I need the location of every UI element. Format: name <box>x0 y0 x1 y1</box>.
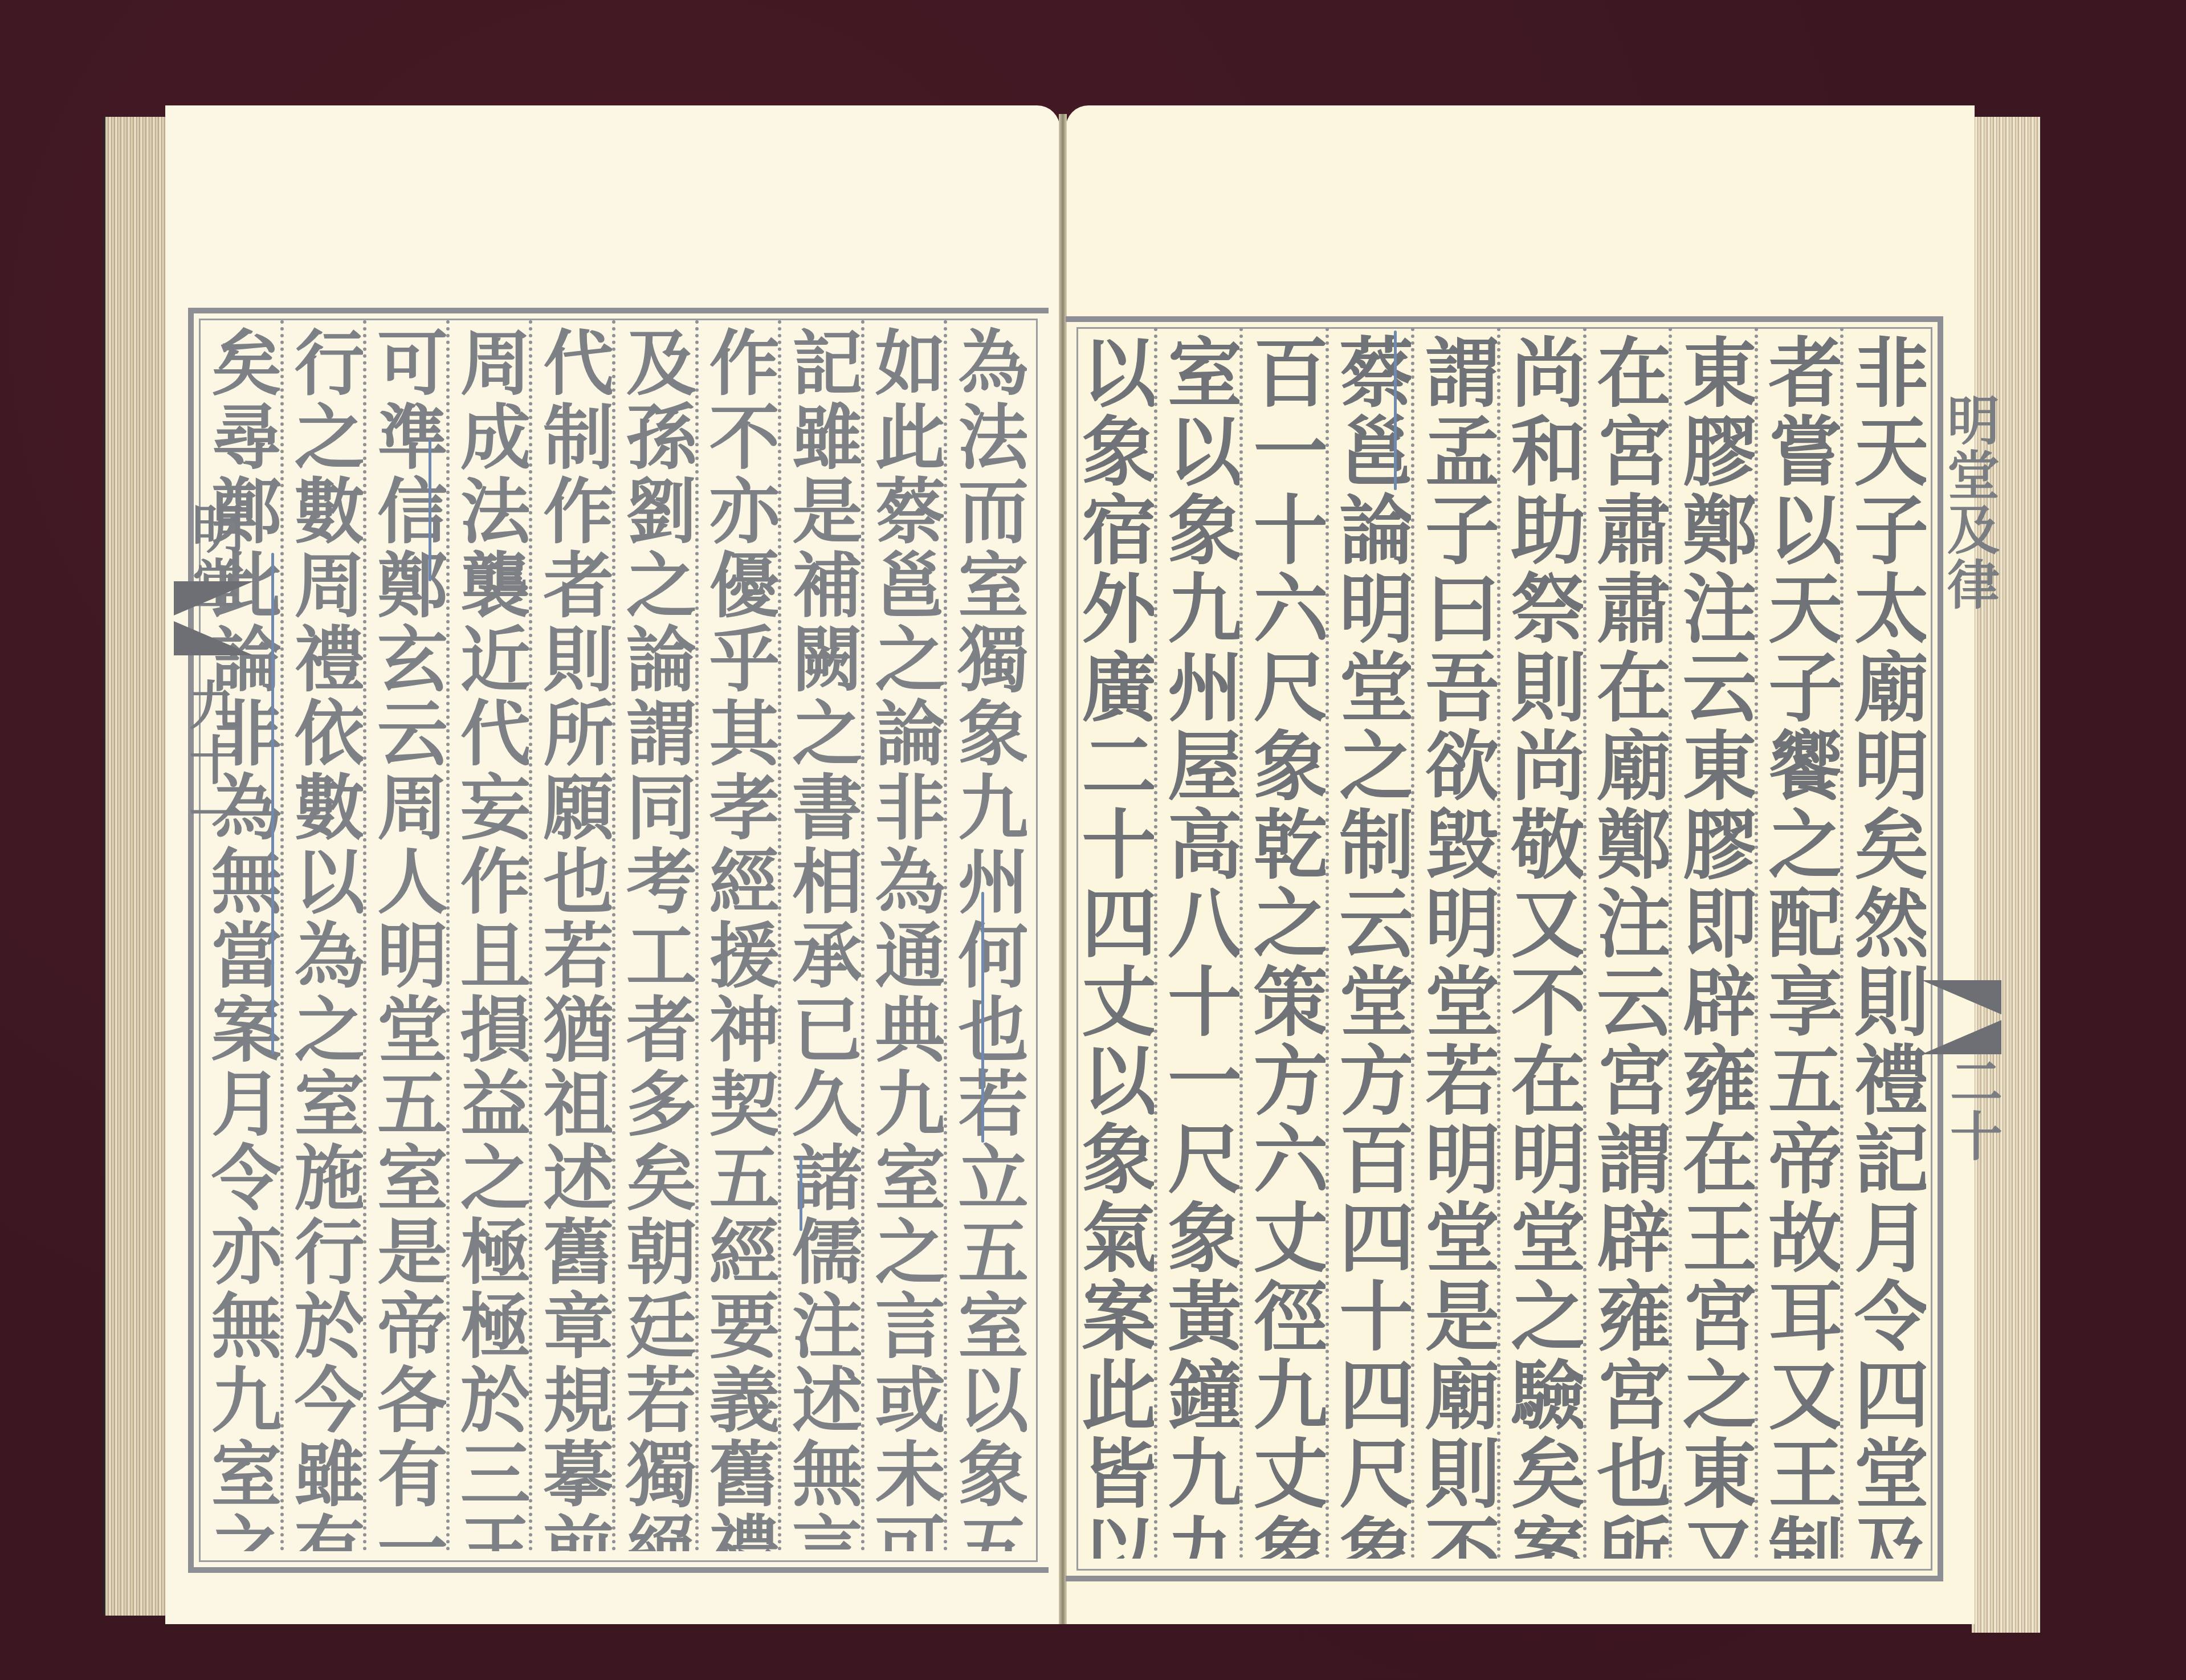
annotation-line <box>1394 331 1397 490</box>
column-text: 謂孟子曰吾欲毀明堂若明堂是廟則不應有毀之問其 <box>1418 328 1494 1559</box>
column-text: 記雖是補闕之書相承已久諸儒注述無言非者方之後 <box>786 320 857 1551</box>
right-page-number: 二十 <box>1935 1054 2010 1164</box>
column-text: 者嘗以天子饗之配享五帝故耳又王制云周人養國老於 <box>1761 328 1837 1559</box>
column-text: 非天子太廟明矣然則禮記月令四堂及太室皆謂之廟 <box>1848 328 1923 1559</box>
text-column: 者嘗以天子饗之配享五帝故耳又王制云周人養國老於 <box>1755 328 1841 1559</box>
annotation-line <box>981 892 984 1143</box>
text-column: 百一十六尺象乾之策方六丈徑九丈象陰陽九六之數九 <box>1239 328 1326 1559</box>
text-column: 代制作者則所願也若猶祖述舊章規摹前事不應捨殷 <box>529 320 612 1551</box>
right-page-stack-edge <box>1972 117 2040 1633</box>
text-column: 及孫劉之論謂同考工者多矣朝廷若獨絕今古自為一 <box>612 320 695 1551</box>
fishtail-marker-icon <box>174 581 254 655</box>
right-page-text-columns: 非天子太廟明矣然則禮記月令四堂及太室皆謂之廟 者嘗以天子饗之配享五帝故耳又王制云… <box>1071 328 1926 1559</box>
column-text: 以象宿外廣二十四丈以象氣案此皆以天地陰陽氣數 <box>1075 328 1150 1559</box>
text-column: 行之數周禮依數以為之室施行於今雖有不同時說然 <box>280 320 364 1551</box>
right-banxin-title: 明堂及律 <box>1932 393 2007 612</box>
text-column: 周成法襲近代妄作且損益之極極於三王後來疑議難 <box>446 320 529 1551</box>
text-column: 謂孟子曰吾欲毀明堂若明堂是廟則不應有毀之問其 <box>1411 328 1497 1559</box>
column-text: 行之數周禮依數以為之室施行於今雖有不同時說然 <box>288 320 358 1551</box>
annotation-line <box>800 1157 802 1231</box>
text-column: 以象宿外廣二十四丈以象氣案此皆以天地陰陽氣數 <box>1071 328 1154 1559</box>
text-column: 記雖是補闕之書相承已久諸儒注述無言非者方之後 <box>778 320 861 1551</box>
column-text: 及孫劉之論謂同考工者多矣朝廷若獨絕今古自為一 <box>620 320 691 1551</box>
column-text: 蔡邕論明堂之制云堂方百四十四尺象坤之策屋圓徑二 <box>1332 328 1408 1559</box>
text-column: 蔡邕論明堂之制云堂方百四十四尺象坤之策屋圓徑二 <box>1326 328 1412 1559</box>
column-text: 尚和助祭則尚敬又不在明堂之驗矣案孟子云齊宣王 <box>1504 328 1579 1559</box>
column-text: 為法而室獨象九州何也若立五室以象五行豈不快 <box>952 320 1022 1551</box>
left-page-number: 九十一 <box>174 678 249 842</box>
column-text: 代制作者則所願也若猶祖述舊章規摹前事不應捨殷 <box>537 320 607 1551</box>
column-text: 周成法襲近代妄作且損益之極極於三王後來疑議難 <box>454 320 525 1551</box>
text-column: 東膠鄭注云東膠即辟雍在王宮之東又詩大雅云邕邕 <box>1669 328 1755 1559</box>
text-column: 尚和助祭則尚敬又不在明堂之驗矣案孟子云齊宣王 <box>1497 328 1583 1559</box>
text-column: 為法而室獨象九州何也若立五室以象五行豈不快 <box>944 320 1027 1551</box>
column-text: 在宮肅肅在廟鄭注云宮謂辟雍宮也所以助王養老則 <box>1590 328 1665 1559</box>
text-column: 作不亦優乎其孝經援神契五經要義舊禮圖皆作五室 <box>695 320 778 1551</box>
text-column: 可準信鄭玄云周人明堂五室是帝各有一室也合於五 <box>363 320 446 1551</box>
left-page-stack-edge <box>104 117 168 1616</box>
column-text: 東膠鄭注云東膠即辟雍在王宮之東又詩大雅云邕邕 <box>1676 328 1751 1559</box>
left-page-text-columns: 為法而室獨象九州何也若立五室以象五行豈不快 如此蔡邕之論非為通典九室之言或未可從… <box>201 320 1027 1551</box>
annotation-line <box>271 553 274 1054</box>
column-text: 室以象九州屋高八十一尺象黃鐘九九之數二十八柱 <box>1161 328 1236 1559</box>
text-column: 室以象九州屋高八十一尺象黃鐘九九之數二十八柱 <box>1154 328 1240 1559</box>
text-column: 在宮肅肅在廟鄭注云宮謂辟雍宮也所以助王養老則 <box>1583 328 1669 1559</box>
text-column: 非天子太廟明矣然則禮記月令四堂及太室皆謂之廟 <box>1840 328 1926 1559</box>
fishtail-marker-icon <box>1922 980 2001 1054</box>
column-text: 作不亦優乎其孝經援神契五經要義舊禮圖皆作五室 <box>703 320 773 1551</box>
text-column: 如此蔡邕之論非為通典九室之言或未可從鄭君 <box>861 320 944 1551</box>
annotation-line <box>429 439 431 581</box>
column-text: 百一十六尺象乾之策方六丈徑九丈象陰陽九六之數九 <box>1247 328 1322 1559</box>
column-text: 如此蔡邕之論非為通典九室之言或未可從鄭君 <box>869 320 940 1551</box>
